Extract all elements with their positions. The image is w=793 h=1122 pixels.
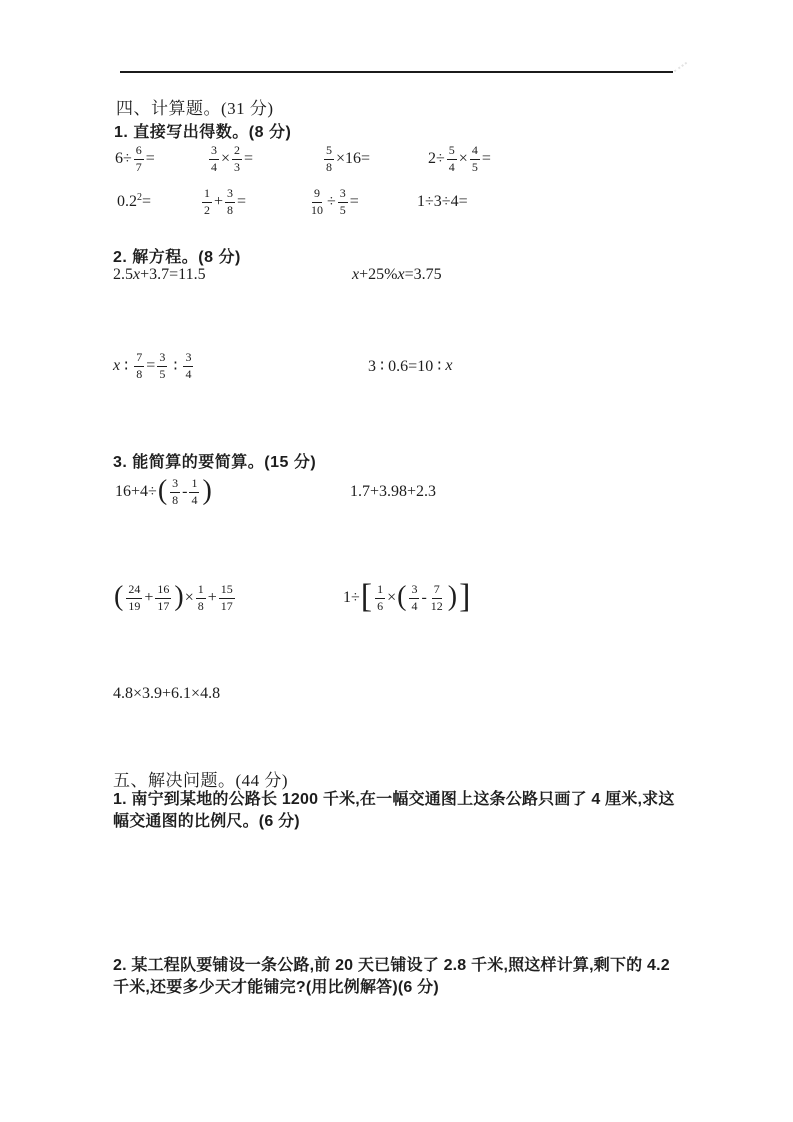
worksheet-page: 四、计算题。(31 分) 1. 直接写出得数。(8 分) 6÷67= 34×23…	[0, 0, 793, 1122]
scan-artifact	[674, 62, 687, 72]
header-rule	[120, 71, 673, 73]
direct-expr-1: 6÷67=	[115, 141, 155, 177]
section-solve-title: 五、解决问题。(44 分)	[113, 766, 288, 791]
equations-title: 2. 解方程。(8 分)	[113, 244, 241, 267]
direct-expr-4: 2÷54×45=	[428, 141, 491, 177]
simplify-title: 3. 能简算的要简算。(15 分)	[113, 449, 316, 472]
equation-4: 3 ∶ 0.6=10 ∶ x	[368, 347, 452, 385]
word-problem-1: 1. 南宁到某地的公路长 1200 千米,在一幅交通图上这条公路只画了 4 厘米…	[113, 789, 680, 833]
direct-expr-2: 34×23=	[207, 141, 253, 177]
direct-expr-3: 58×16=	[322, 141, 370, 177]
simplify-expr-4: 1÷[16×(34-712)]	[343, 577, 471, 619]
section-calc-title: 四、计算题。(31 分)	[116, 94, 274, 119]
direct-write-title: 1. 直接写出得数。(8 分)	[114, 119, 291, 142]
direct-expr-7: 910÷35=	[307, 185, 359, 219]
direct-expr-8: 1÷3÷4=	[417, 185, 468, 219]
equation-1: 2.5x+3.7=11.5	[113, 266, 206, 284]
equation-3: x ∶ 78=35 ∶ 34	[113, 347, 195, 385]
equation-2: x+25%x=3.75	[352, 266, 442, 284]
simplify-expr-2: 1.7+3.98+2.3	[350, 474, 436, 510]
direct-expr-5: 0.22=	[117, 185, 151, 219]
simplify-expr-1: 16+4÷(38-14)	[115, 474, 213, 510]
simplify-expr-3: (2419+1617)×18+1517	[113, 577, 237, 619]
direct-expr-6: 12+38=	[200, 185, 246, 219]
simplify-expr-5: 4.8×3.9+6.1×4.8	[113, 684, 220, 704]
word-problem-2: 2. 某工程队要铺设一条公路,前 20 天已铺设了 2.8 千米,照这样计算,剩…	[113, 955, 680, 999]
